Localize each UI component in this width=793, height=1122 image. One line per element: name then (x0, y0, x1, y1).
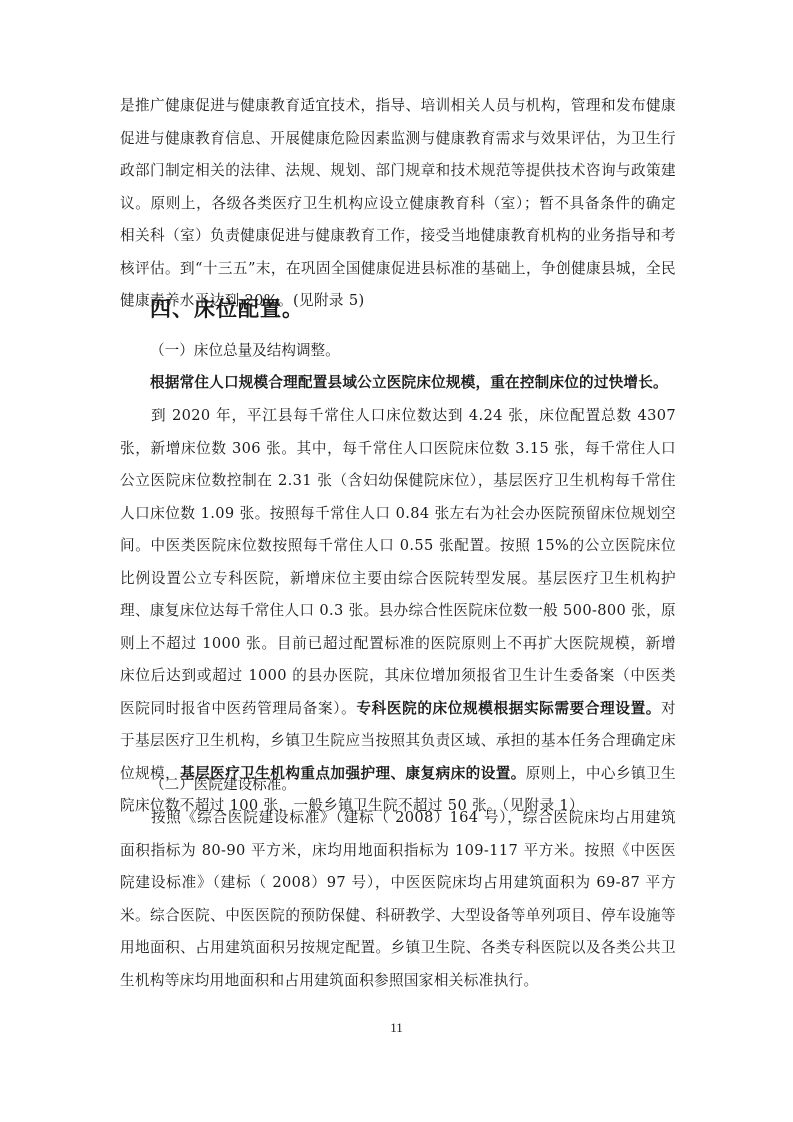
bed-allocation-text-1: 到 2020 年，平江县每千常住人口床位数达到 4.24 张，床位配置总数 43… (120, 407, 676, 717)
page-number: 11 (0, 1020, 793, 1036)
subsection-1-title: （一）床位总量及结构调整。 (150, 335, 340, 368)
hospital-standard-paragraph: 按照《综合医院建设标准》（建标（ 2008）164 号），综合医院床均占用建筑面… (120, 802, 676, 997)
bed-allocation-bold-1: 专科医院的床位规模根据实际需要合理设置。 (356, 700, 661, 717)
bed-allocation-paragraph: 到 2020 年，平江县每千常住人口床位数达到 4.24 张，床位配置总数 43… (120, 400, 676, 823)
subsection-1-bold-lead: 根据常住人口规模合理配置县域公立医院床位规模，重在控制床位的过快增长。 (150, 367, 668, 400)
intro-paragraph: 是推广健康促进与健康教育适宜技术，指导、培训相关人员与机构，管理和发布健康促进与… (120, 90, 676, 318)
document-page: 是推广健康促进与健康教育适宜技术，指导、培训相关人员与机构，管理和发布健康促进与… (0, 0, 793, 1122)
section-heading: 四、床位配置。 (150, 293, 304, 323)
subsection-2-title: （二）医院建设标准。 (150, 769, 296, 802)
